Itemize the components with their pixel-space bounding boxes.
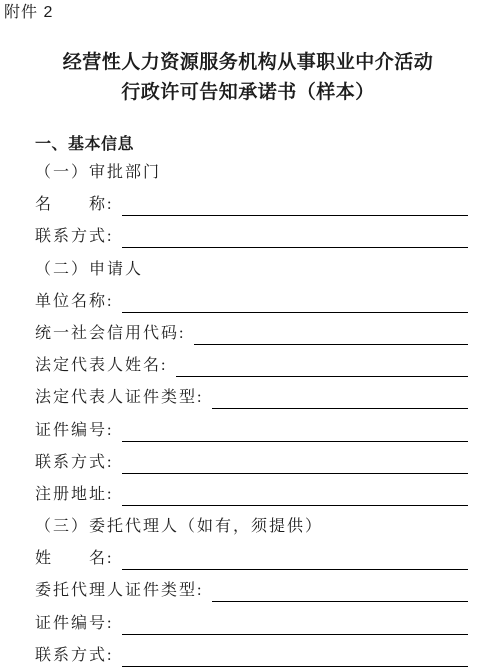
field-label: 统一社会信用代码: (35, 318, 185, 350)
blank-underline (122, 189, 468, 216)
title-line-1: 经营性人力资源服务机构从事职业中介活动 (0, 48, 496, 78)
document-title: 经营性人力资源服务机构从事职业中介活动 行政许可告知承诺书（样本） (0, 48, 496, 108)
field-row-legal-rep-id-type: 法定代表人证件类型: (0, 382, 496, 414)
field-label: 法定代表人姓名: (35, 350, 167, 382)
field-row-registered-address: 注册地址: (0, 479, 496, 511)
blank-underline (122, 608, 468, 635)
blank-underline (122, 221, 468, 248)
blank-underline (122, 286, 468, 313)
field-row-contact: 联系方式: (0, 447, 496, 479)
field-label: 单位名称: (35, 286, 113, 318)
field-row-unit-name: 单位名称: (0, 286, 496, 318)
field-label: 联系方式: (35, 221, 113, 253)
blank-underline (212, 575, 468, 602)
field-row-agent-name: 姓 名: (0, 543, 496, 575)
field-row-credit-code: 统一社会信用代码: (0, 318, 496, 350)
field-label: 联系方式: (35, 447, 113, 479)
field-label: 名 称: (35, 189, 113, 221)
field-label: 证件编号: (35, 415, 113, 447)
attachment-label: 附件 2 (0, 0, 496, 22)
field-row-id-number: 证件编号: (0, 415, 496, 447)
field-row-legal-rep-name: 法定代表人姓名: (0, 350, 496, 382)
subsection-heading-approval-department: （一）审批部门 (0, 157, 496, 189)
field-row-name: 名 称: (0, 189, 496, 221)
field-label: 证件编号: (35, 608, 113, 640)
blank-underline (122, 479, 468, 506)
field-label: 法定代表人证件类型: (35, 382, 203, 414)
document-page: 附件 2 经营性人力资源服务机构从事职业中介活动 行政许可告知承诺书（样本） 一… (0, 0, 496, 668)
field-label: 委托代理人证件类型: (35, 575, 203, 607)
field-label: 姓 名: (35, 543, 113, 575)
subsection-heading-applicant: （二）申请人 (0, 254, 496, 286)
title-line-2: 行政许可告知承诺书（样本） (0, 78, 496, 108)
blank-underline (122, 447, 468, 474)
blank-underline (122, 415, 468, 442)
blank-underline (212, 382, 468, 409)
field-row-agent-id-type: 委托代理人证件类型: (0, 575, 496, 607)
blank-underline (194, 318, 468, 345)
section-heading-basic-info: 一、基本信息 (35, 132, 496, 157)
field-row-contact: 联系方式: (0, 221, 496, 253)
blank-underline (122, 543, 468, 570)
field-label: 注册地址: (35, 479, 113, 511)
subsection-heading-entrusted-agent: （三）委托代理人（如有，须提供） (0, 511, 496, 543)
blank-underline (176, 350, 468, 377)
blank-underline (122, 640, 468, 667)
field-row-contact: 联系方式: (0, 640, 496, 668)
field-row-id-number: 证件编号: (0, 608, 496, 640)
form-body: （一）审批部门 名 称: 联系方式: （二）申请人 单位名称: 统一社会信用代码… (0, 157, 496, 668)
field-label: 联系方式: (35, 640, 113, 668)
